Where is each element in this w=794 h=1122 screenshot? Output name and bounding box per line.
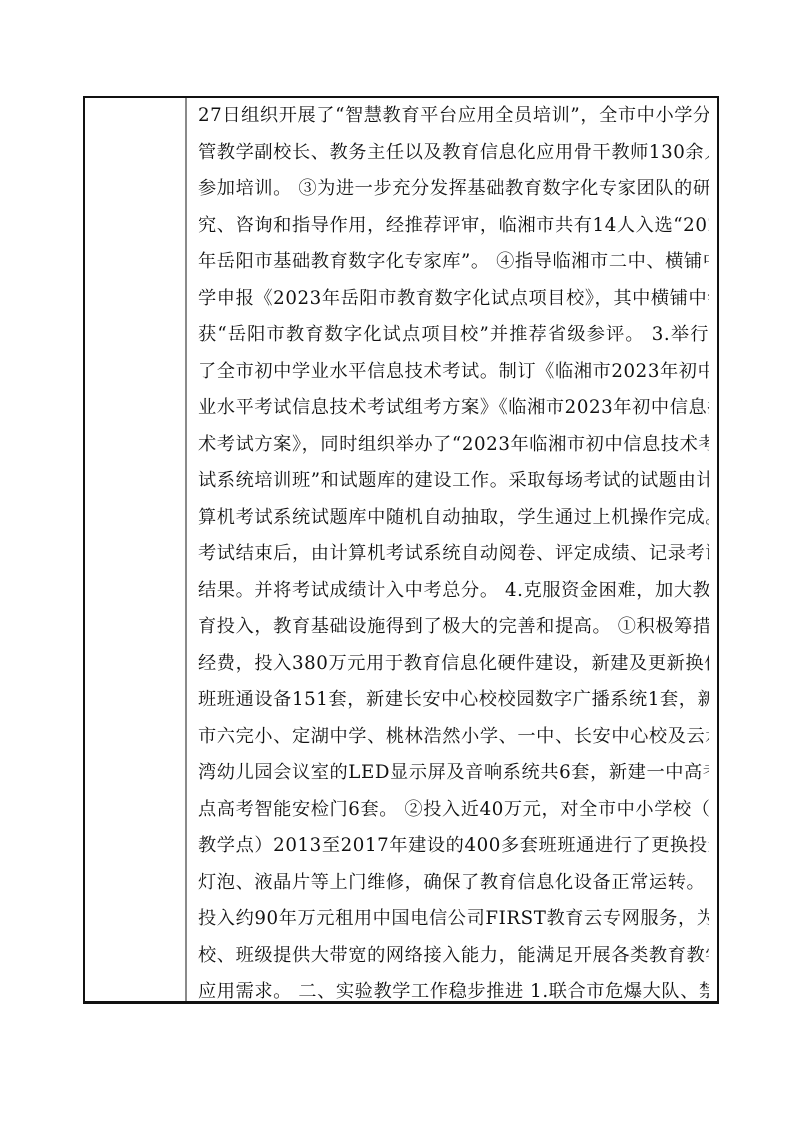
text-line: 管教学副校长、教务主任以及教育信息化应用骨干教师130余人 xyxy=(198,135,709,172)
text-line: 究、咨询和指导作用，经推荐评审，临湘市共有14人入选“2023 xyxy=(198,208,709,245)
content-table: 27日组织开展了“智慧教育平台应用全员培训”，全市中小学分 管教学副校长、教务主… xyxy=(83,96,719,1004)
text-line: 校、班级提供大带宽的网络接入能力，能满足开展各类教育教学 xyxy=(198,938,709,975)
text-line: 算机考试系统试题库中随机自动抽取，学生通过上机操作完成。 xyxy=(198,500,709,537)
text-line: 经费，投入380万元用于教育信息化硬件建设，新建及更新换代 xyxy=(198,646,709,683)
text-line: 投入约90年万元租用中国电信公司FIRST教育云专网服务，为学 xyxy=(198,901,709,938)
paragraph-text: 27日组织开展了“智慧教育平台应用全员培训”，全市中小学分 管教学副校长、教务主… xyxy=(198,98,709,1011)
text-line: 结果。并将考试成绩计入中考总分。 4.克服资金困难，加大教 xyxy=(198,573,709,610)
text-line: 市六完小、定湖中学、桃林浩然小学、一中、长安中心校及云水 xyxy=(198,719,709,756)
text-line: 教学点）2013至2017年建设的400多套班班通进行了更换投影机 xyxy=(198,828,709,865)
text-line: 班班通设备151套，新建长安中心校校园数字广播系统1套，新建 xyxy=(198,682,709,719)
text-line: 学申报《2023年岳阳市教育数字化试点项目校》，其中横铺中学 xyxy=(198,281,709,318)
text-line: 育投入，教育基础设施得到了极大的完善和提高。 ①积极筹措 xyxy=(198,609,709,646)
text-line: 应用需求。 二、实验教学工作稳步推进 1.联合市危爆大队、禁 xyxy=(198,974,709,1011)
text-line: 术考试方案》，同时组织举办了“2023年临湘市初中信息技术考 xyxy=(198,427,709,464)
text-line: 考试结束后，由计算机考试系统自动阅卷、评定成绩、记录考试 xyxy=(198,536,709,573)
text-line: 灯泡、液晶片等上门维修，确保了教育信息化设备正常运转。 ③ xyxy=(198,865,709,902)
text-line: 湾幼儿园会议室的LED显示屏及音响系统共6套，新建一中高考考 xyxy=(198,755,709,792)
text-line: 试系统培训班”和试题库的建设工作。采取每场考试的试题由计 xyxy=(198,463,709,500)
text-line: 年岳阳市基础教育数字化专家库”。 ④指导临湘市二中、横铺中 xyxy=(198,244,709,281)
text-line: 参加培训。 ③为进一步充分发挥基础教育数字化专家团队的研 xyxy=(198,171,709,208)
text-line: 业水平考试信息技术考试组考方案》《临湘市2023年初中信息技 xyxy=(198,390,709,427)
text-line: 了全市初中学业水平信息技术考试。制订《临湘市2023年初中学 xyxy=(198,354,709,391)
text-line: 27日组织开展了“智慧教育平台应用全员培训”，全市中小学分 xyxy=(198,98,709,135)
text-line: 获“岳阳市教育数字化试点项目校”并推荐省级参评。 3.举行 xyxy=(198,317,709,354)
left-label-cell xyxy=(85,98,187,1001)
content-cell: 27日组织开展了“智慧教育平台应用全员培训”，全市中小学分 管教学副校长、教务主… xyxy=(189,98,717,1001)
text-line: 点高考智能安检门6套。 ②投入近40万元，对全市中小学校（含 xyxy=(198,792,709,829)
